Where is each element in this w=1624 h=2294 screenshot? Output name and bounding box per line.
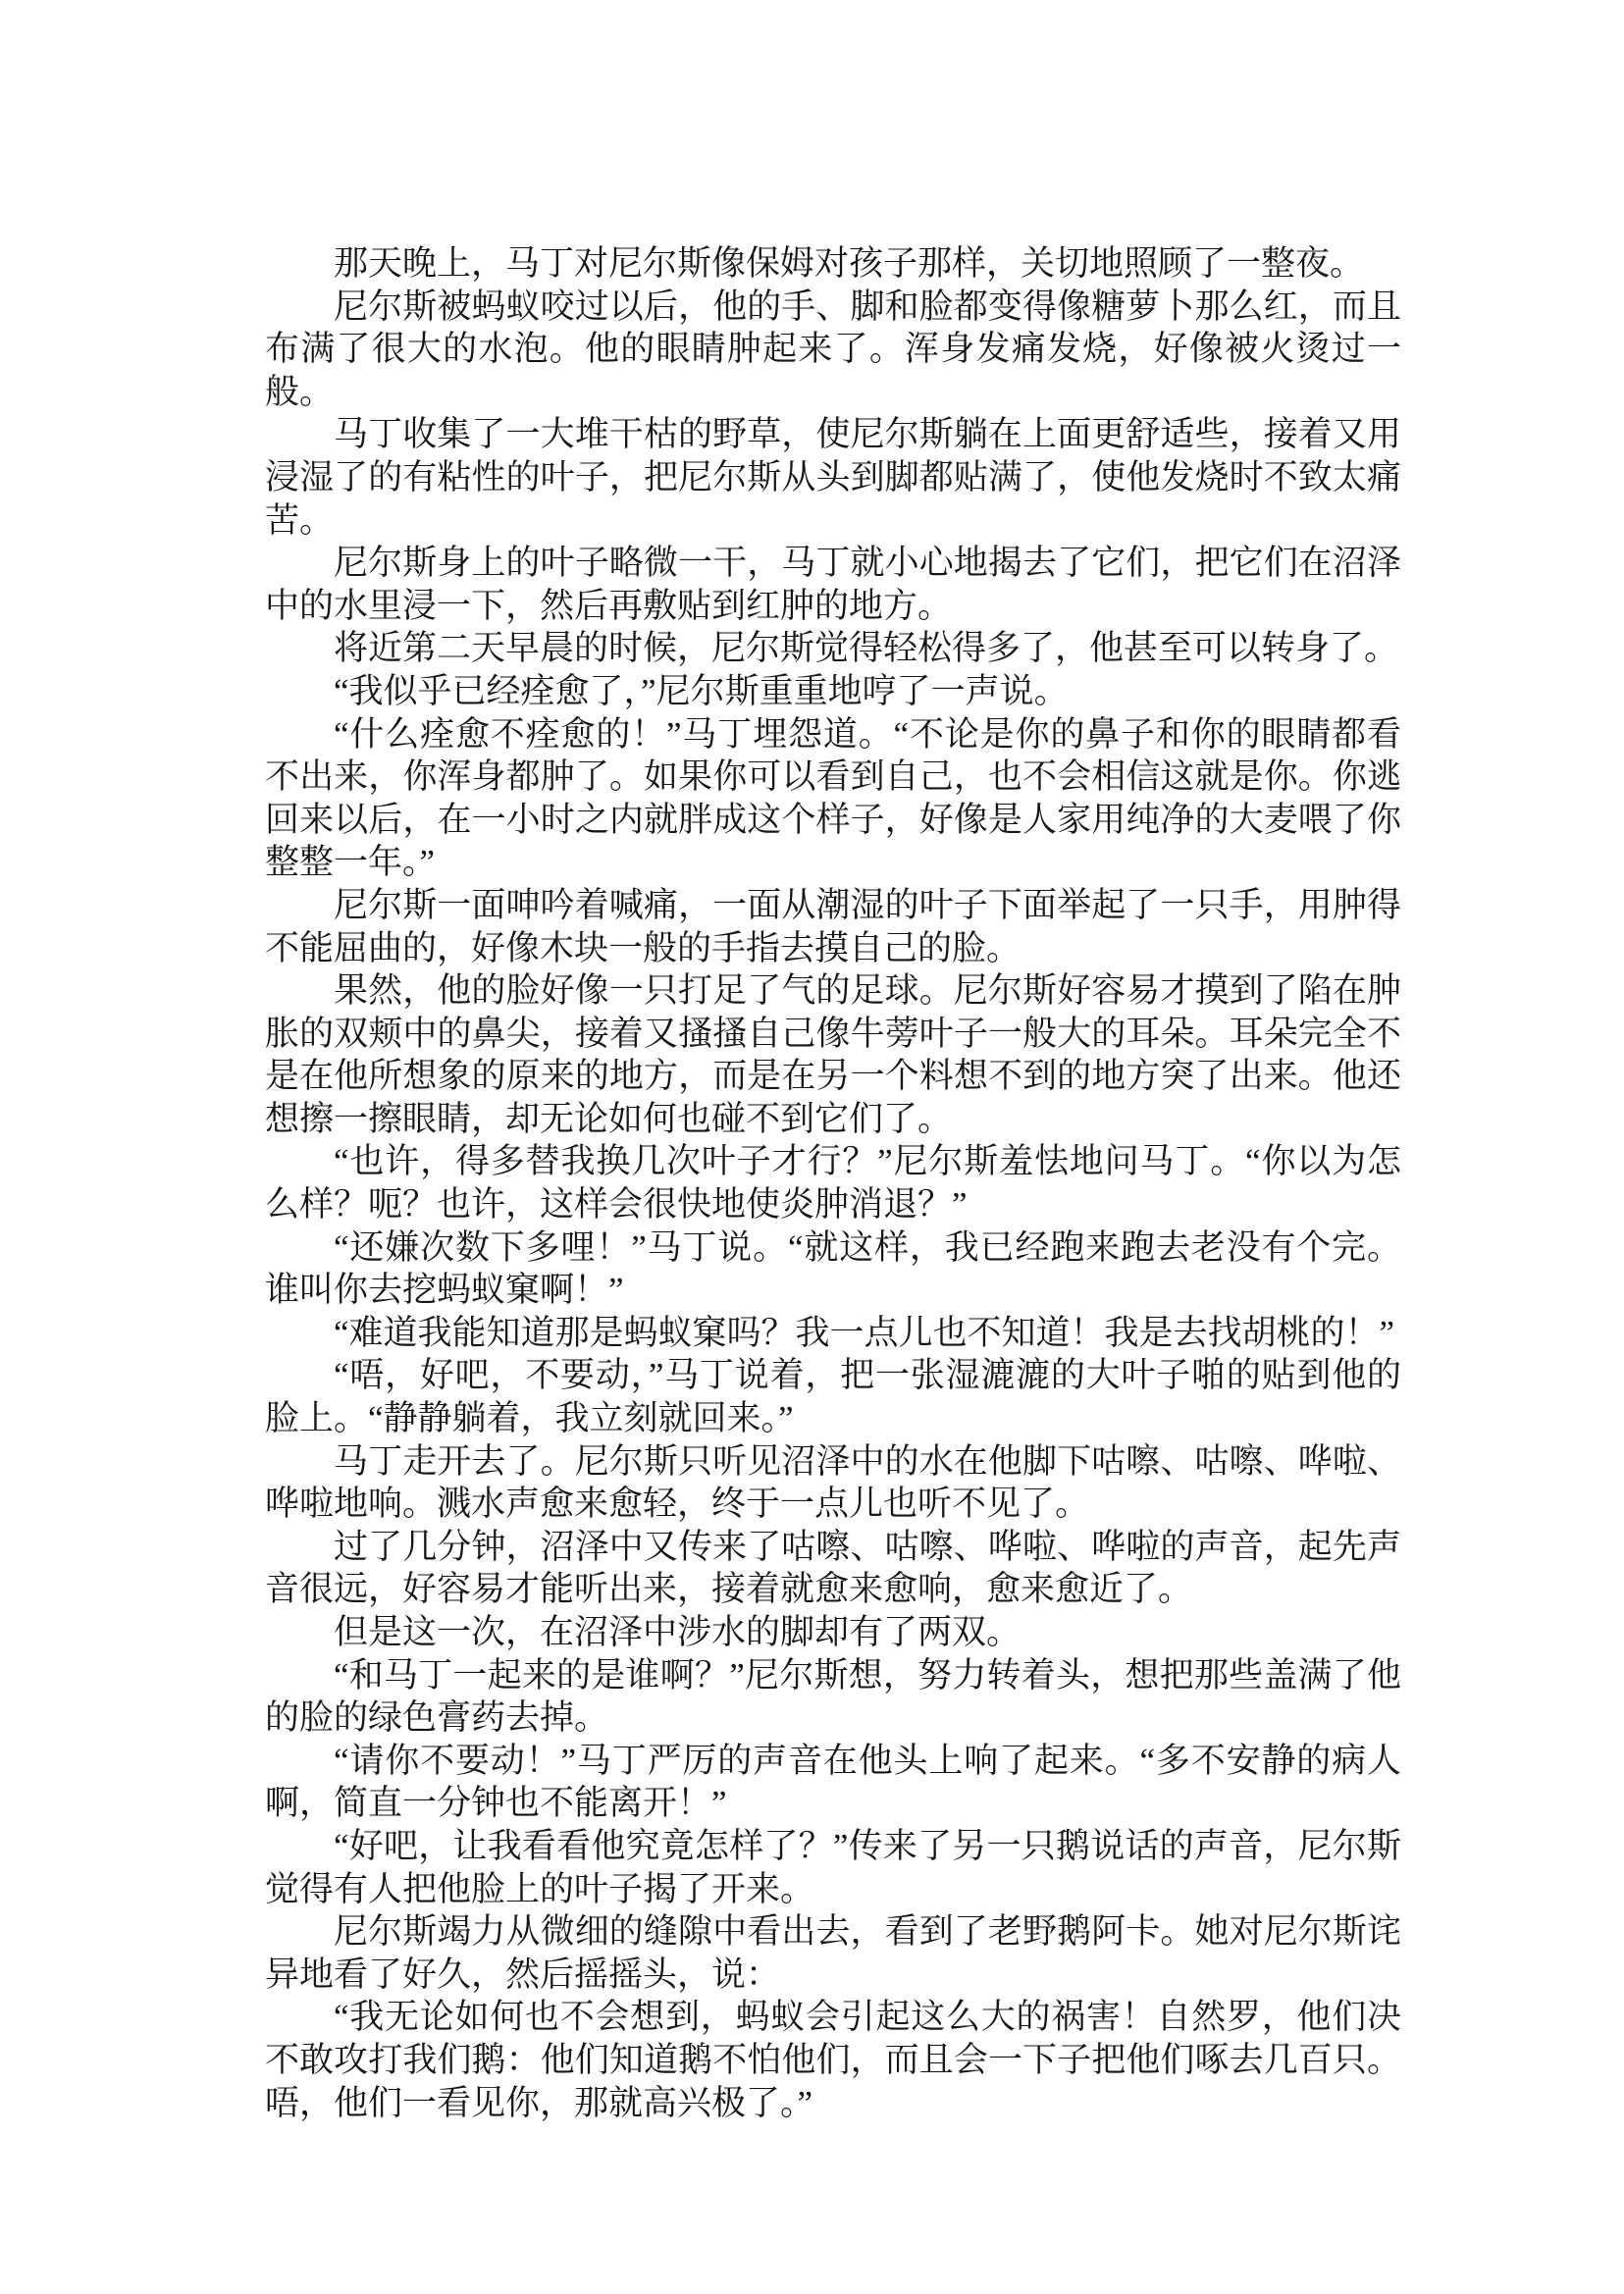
paragraph: “难道我能知道那是蚂蚁窠吗？我一点儿也不知道！我是去找胡桃的！” bbox=[265, 1312, 1401, 1355]
paragraph: “唔，好吧，不要动，”马丁说着，把一张湿漉漉的大叶子啪的贴到他的脸上。“静静躺着… bbox=[265, 1354, 1401, 1439]
paragraph: 尼尔斯一面呻吟着喊痛，一面从潮湿的叶子下面举起了一只手，用肿得不能屈曲的，好像木… bbox=[265, 884, 1401, 969]
paragraph: “也许，得多替我换几次叶子才行？”尼尔斯羞怯地问马丁。“你以为怎么样？呃？也许，… bbox=[265, 1140, 1401, 1225]
paragraph: “我无论如何也不会想到，蚂蚁会引起这么大的祸害！自然罗，他们决不敢攻打我们鹅：他… bbox=[265, 1996, 1401, 2124]
paragraph: 马丁走开去了。尼尔斯只听见沼泽中的水在他脚下咕嚓、咕嚓、哗啦、哗啦地响。溅水声愈… bbox=[265, 1440, 1401, 1526]
paragraph: 马丁收集了一大堆干枯的野草，使尼尔斯躺在上面更舒适些，接着又用浸湿了的有粘性的叶… bbox=[265, 413, 1401, 542]
paragraph: 果然，他的脸好像一只打足了气的足球。尼尔斯好容易才摸到了陷在肿胀的双颊中的鼻尖，… bbox=[265, 969, 1401, 1140]
paragraph: 将近第二天早晨的时候，尼尔斯觉得轻松得多了，他甚至可以转身了。 bbox=[265, 627, 1401, 670]
paragraph: 但是这一次，在沼泽中涉水的脚却有了两双。 bbox=[265, 1611, 1401, 1654]
paragraph: 尼尔斯身上的叶子略微一干，马丁就小心地揭去了它们，把它们在沼泽中的水里浸一下，然… bbox=[265, 542, 1401, 627]
text-block: 那天晚上，马丁对尼尔斯像保姆对孩子那样，关切地照顾了一整夜。 尼尔斯被蚂蚁咬过以… bbox=[265, 242, 1401, 2124]
paragraph: 尼尔斯被蚂蚁咬过以后，他的手、脚和脸都变得像糖萝卜那么红，而且布满了很大的水泡。… bbox=[265, 286, 1401, 414]
paragraph: “什么痊愈不痊愈的！”马丁埋怨道。“不论是你的鼻子和你的眼睛都看不出来，你浑身都… bbox=[265, 713, 1401, 884]
paragraph: 过了几分钟，沼泽中又传来了咕嚓、咕嚓、哗啦、哗啦的声音，起先声音很远，好容易才能… bbox=[265, 1526, 1401, 1611]
paragraph: “我似乎已经痊愈了，”尼尔斯重重地哼了一声说。 bbox=[265, 670, 1401, 713]
paragraph: “好吧，让我看看他究竟怎样了？”传来了另一只鹅说话的声音，尼尔斯觉得有人把他脸上… bbox=[265, 1825, 1401, 1910]
paragraph: “和马丁一起来的是谁啊？”尼尔斯想，努力转着头，想把那些盖满了他的脸的绿色膏药去… bbox=[265, 1654, 1401, 1740]
paragraph: “请你不要动！”马丁严厉的声音在他头上响了起来。“多不安静的病人啊，简直一分钟也… bbox=[265, 1740, 1401, 1825]
paragraph: 那天晚上，马丁对尼尔斯像保姆对孩子那样，关切地照顾了一整夜。 bbox=[265, 242, 1401, 286]
document-page: 那天晚上，马丁对尼尔斯像保姆对孩子那样，关切地照顾了一整夜。 尼尔斯被蚂蚁咬过以… bbox=[0, 0, 1624, 2294]
paragraph: 尼尔斯竭力从微细的缝隙中看出去，看到了老野鹅阿卡。她对尼尔斯诧异地看了好久，然后… bbox=[265, 1910, 1401, 1996]
paragraph: “还嫌次数下多哩！”马丁说。“就这样，我已经跑来跑去老没有个完。谁叫你去挖蚂蚁窠… bbox=[265, 1226, 1401, 1312]
